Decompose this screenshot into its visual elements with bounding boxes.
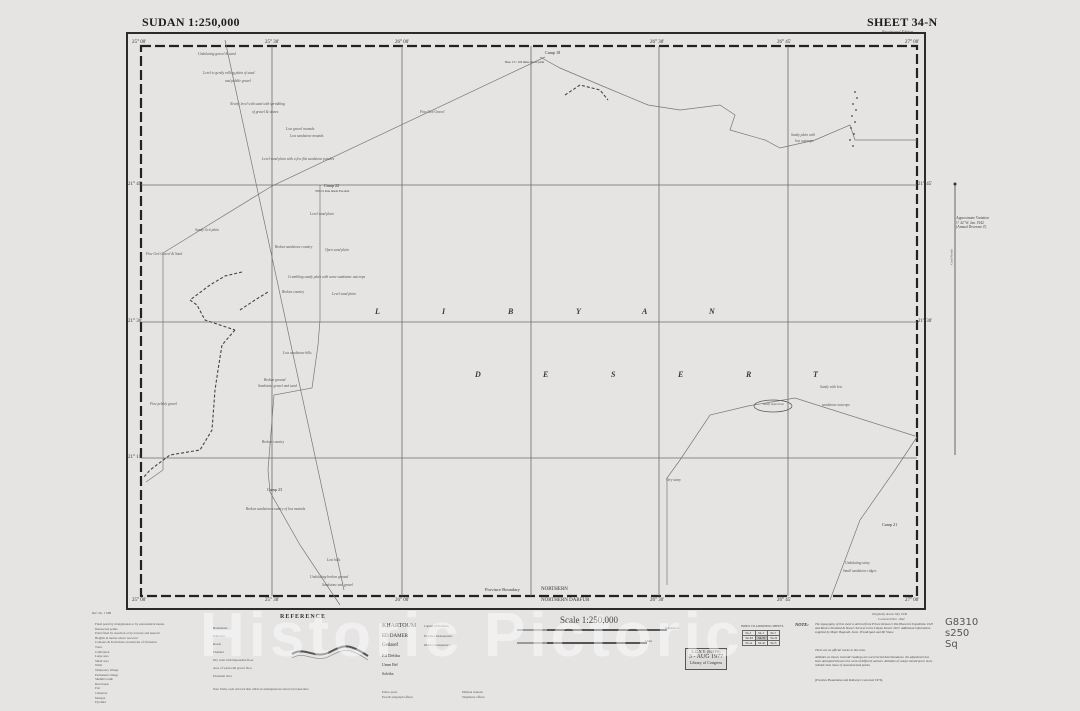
tick-left-2: 21° 30' (128, 319, 142, 324)
note-text-3: Altitudes as shown 'aneroid' readings ar… (815, 655, 935, 667)
legend-item: Contours & Form lines on intervals of 50… (95, 640, 164, 645)
misc-item: Police posts (382, 690, 397, 694)
misc-item: Telephone offices (462, 695, 485, 699)
terrain-note: Very stony (666, 478, 681, 482)
note-footer: (Province Boundaries and Railways Correc… (815, 678, 882, 682)
tick-top-5: 27° 00' (905, 40, 919, 45)
tick-top-1: 25° 30' (265, 40, 279, 45)
terrain-note: Broken country (282, 290, 304, 294)
camp-label: Camp 22 (324, 183, 339, 188)
region-letter: D (475, 370, 481, 379)
tick-left-1: 21° 45' (128, 182, 142, 187)
note-text-2: There are no official tracks in this are… (815, 648, 935, 652)
tick-right-2: 21° 30' (918, 319, 932, 324)
legend-item: Perennial river (213, 672, 253, 680)
terrain-note: Low sandstone hills (283, 351, 312, 355)
terrain-note: Sandy Grit plain (195, 228, 219, 232)
tick-top-4: 26° 45' (777, 40, 791, 45)
region-letter: E (678, 370, 683, 379)
region-letter: Y (576, 307, 581, 316)
terrain-note: Level sand plain (310, 212, 334, 216)
index-cell: 34-R (755, 641, 767, 646)
terrain-note: Small sandstone ridges (843, 569, 876, 573)
declination-note: Approximate Variation 1° 42' W. Jan. 194… (956, 216, 989, 230)
region-letter: B (508, 307, 513, 316)
camp-label: Camp 21 (882, 522, 897, 527)
note-text-1: The topography of this sheet is derived … (815, 622, 935, 634)
misc-item: Post & telegraph offices (382, 695, 413, 699)
corrected-date: Corrected Nov. 1942 (878, 617, 905, 621)
note-label: NOTE: (795, 622, 809, 627)
region-letter: N (709, 307, 715, 316)
region-letter: I (442, 307, 445, 316)
call-number-line: s250 (945, 628, 978, 639)
camp-sub: 760 1/2 Kiss inside Fan land (315, 189, 349, 193)
boundary-north: NORTHERN (541, 587, 568, 592)
terrain-note: Low sandstone mounds (290, 134, 324, 138)
legend-item: Fixed point by triangulation or by astro… (95, 622, 164, 627)
index-cell: 34-S (767, 641, 779, 646)
misc-item: Mission stations (462, 690, 483, 694)
terrain-note: Sandstone gravel and sand (258, 384, 297, 388)
terrain-note: Undulating gravel & sand (198, 52, 236, 56)
terrain-note: Undulating stony (845, 561, 870, 565)
watermark: Historic Pictoric (200, 600, 743, 671)
region-letter: T (813, 370, 818, 379)
tick-right-1: 21° 45' (918, 182, 932, 187)
camp-sub: Base 1:5 / 100 miles above plain (505, 60, 544, 64)
terrain-note: Broken sandstone country of low mounds (246, 507, 305, 511)
tick-top-0: 25° 00' (132, 40, 146, 45)
terrain-note: Nearly level with sand with sprinkling (230, 102, 285, 106)
tick-left-3: 21° 15' (128, 455, 142, 460)
terrain-note: Sandstone and gravel (322, 583, 353, 587)
terrain-note: Sandy with low (820, 385, 842, 389)
boundary-label: Province Boundary (485, 587, 520, 592)
terrain-note: of gravel & stones (252, 110, 278, 114)
declination-line: (Annual Decrease 4') (956, 225, 989, 230)
camp-label: Camp 18 (545, 50, 560, 55)
tick-top-2: 26° 00' (395, 40, 409, 45)
region-letter: R (746, 370, 751, 379)
terrain-note: Undulating broken ground (310, 575, 348, 579)
terrain-note: Level to gently rolling plain of sand (203, 71, 254, 75)
tick-bottom-4: 26° 45' (777, 598, 791, 603)
terrain-note: Fine Grit Gravel (420, 110, 444, 114)
terrain-note: Level sand plain (332, 292, 356, 296)
region-letter: S (611, 370, 615, 379)
tick-bottom-5: 27° 00' (905, 598, 919, 603)
declination-line: Approximate Variation (956, 216, 989, 221)
region-letter: A (642, 307, 647, 316)
terrain-note: Level sand plain with a few flat sandsto… (262, 157, 334, 161)
terrain-note: Sandy plain with (791, 133, 815, 137)
terrain-note: Broken sandstone country (275, 245, 312, 249)
call-number-line: Sq (945, 639, 978, 650)
terrain-note: Low hills (327, 558, 340, 562)
call-number-line: G8310 (945, 617, 978, 628)
terrain-note: Broken ground (264, 378, 285, 382)
camp-label: Camp 23 (267, 487, 282, 492)
terrain-note: sandstone outcrops (822, 403, 850, 407)
index-title: INDEX TO ADJOINING SHEETS (741, 624, 783, 628)
terrain-note: Low gravel mounds (286, 127, 314, 131)
call-number: G8310 s250 Sq (945, 617, 978, 650)
reference-left-col: Fixed point by triangulation or by astro… (95, 622, 164, 705)
terrain-note: Open sand plain (325, 248, 349, 252)
terrain-note: and pebble gravel (225, 79, 251, 83)
terrain-note: Crumbling sandy plain with some sandston… (288, 275, 365, 279)
legend-item: Pyramid (95, 700, 164, 705)
terrain-note: Broken country (262, 440, 284, 444)
terrain-note: Sandy depression (763, 402, 784, 406)
terrain-note: Fine Grit Gravel & Sand (146, 252, 182, 256)
tick-bottom-0: 25° 00' (132, 598, 146, 603)
legend-note: Note: Wadis, roads and track lines which… (213, 688, 308, 691)
region-letter: E (543, 370, 548, 379)
drawn-date: Originally drawn July 1939 (872, 612, 907, 616)
grid-north-label: Grid North (950, 249, 954, 264)
index-cell: 35-A (743, 641, 756, 646)
terrain-note: low outcrops (795, 139, 814, 143)
index-grid: 34-I34-J34-? 34-M34-N34-O 35-A34-R34-S (742, 630, 780, 646)
terrain-note: Fine pebbly gravel (150, 402, 177, 406)
region-letter: L (375, 307, 380, 316)
tick-top-3: 26° 30' (650, 40, 664, 45)
corner-print: Ref. No. 1 MB (92, 611, 111, 615)
